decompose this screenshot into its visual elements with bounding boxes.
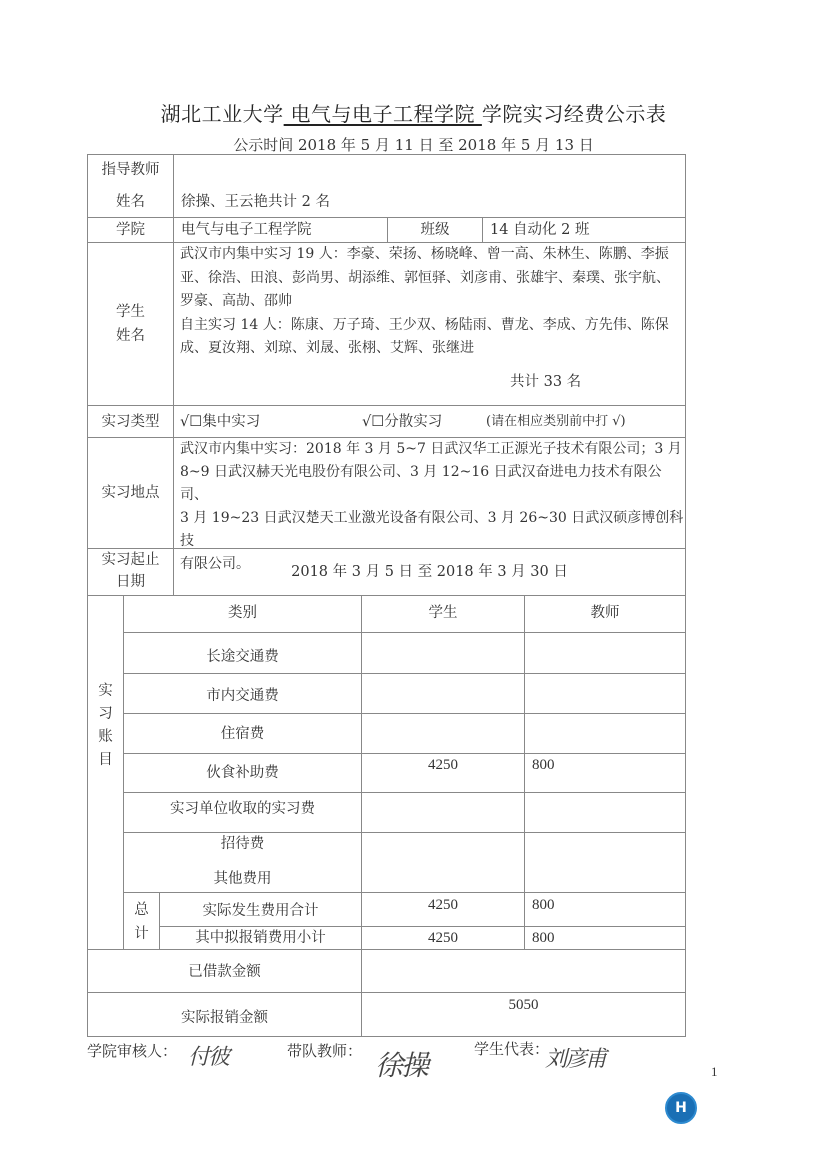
page-number: 1 [711,1064,718,1080]
student-amount: 4250 [362,926,524,950]
college-value: 电气与电子工程学院 [181,218,381,242]
student-rep-label: 学生代表： [474,1038,549,1059]
students-label: 学生 姓名 [88,300,173,348]
borrowed-label: 已借款金额 [88,960,361,984]
leader-signature: 徐操 [375,1044,427,1084]
location-text: 武汉市内集中实习：2018 年 3 月 5~7 日武汉华工正源光子技术有限公司；… [180,438,684,576]
reviewer-label: 学院审核人： [87,1040,177,1061]
header-student: 学生 [362,601,524,625]
class-label: 班级 [388,218,482,242]
total-side-label: 总 计 [124,898,159,946]
student-amount: 4250 [362,753,524,777]
university-logo-icon: H [665,1092,697,1124]
reviewer-signature: 付彼 [188,1040,228,1071]
internship-type-label: 实习类型 [88,410,173,434]
student-rep-signature: 刘彦甫 [545,1042,605,1073]
type-note: (请在相应类别前中打 √) [486,410,686,434]
teacher-amount: 800 [532,926,682,950]
document-title: 湖北工业大学 电气与电子工程学院 学院实习经费公示表 [0,98,827,127]
students-line: 成、夏汝翔、刘琼、刘晟、张栩、艾辉、张继进 [180,337,684,361]
teachers-label: 指导教师 姓名 [88,158,173,214]
students-total: 共计 33 名 [510,370,630,394]
location-label: 实习地点 [88,481,173,505]
students-list: 武汉市内集中实习 19 人：李豪、荣扬、杨晓峰、曾一高、朱林生、陈鹏、李振 亚、… [180,243,684,361]
leader-label: 带队教师： [287,1040,362,1061]
college-label: 学院 [88,218,173,242]
title-prefix: 湖北工业大学 [161,102,284,126]
title-suffix: 学院实习经费公示表 [482,102,667,126]
teachers-value: 徐操、王云艳共计 2 名 [181,190,681,214]
dates-label: 实习起止 日期 [88,549,173,593]
students-line: 罗豪、高劼、邵帅 [180,290,684,314]
header-teacher: 教师 [525,601,685,625]
student-amount: 4250 [362,893,524,917]
students-line: 自主实习 14 人：陈康、万子琦、王少双、杨陆雨、曹龙、李成、方先伟、陈保 [180,314,684,338]
title-college: 电气与电子工程学院 [284,102,482,126]
teacher-amount: 800 [532,753,682,777]
publish-time: 公示时间 2018 年 5 月 11 日 至 2018 年 5 月 13 日 [0,134,827,155]
header-category: 类别 [124,601,361,625]
class-value: 14 自动化 2 班 [490,218,680,242]
type-dispersed-checkbox[interactable]: √☐分散实习 [362,410,482,434]
type-concentrated-checkbox[interactable]: √☐集中实习 [180,410,330,434]
students-line: 亚、徐浩、田浪、彭尚男、胡添维、郭恒驿、刘彦甫、张雄宇、秦璞、张宇航、 [180,267,684,291]
reimbursed-label: 实际报销金额 [88,1006,361,1030]
reimbursed-value: 5050 [362,993,685,1017]
students-line: 武汉市内集中实习 19 人：李豪、荣扬、杨晓峰、曾一高、朱林生、陈鹏、李振 [180,243,684,267]
teacher-amount: 800 [532,893,682,917]
dates-value: 2018 年 3 月 5 日 至 2018 年 3 月 30 日 [174,560,685,584]
accounts-side-label: 实 习 账 目 [88,680,123,772]
